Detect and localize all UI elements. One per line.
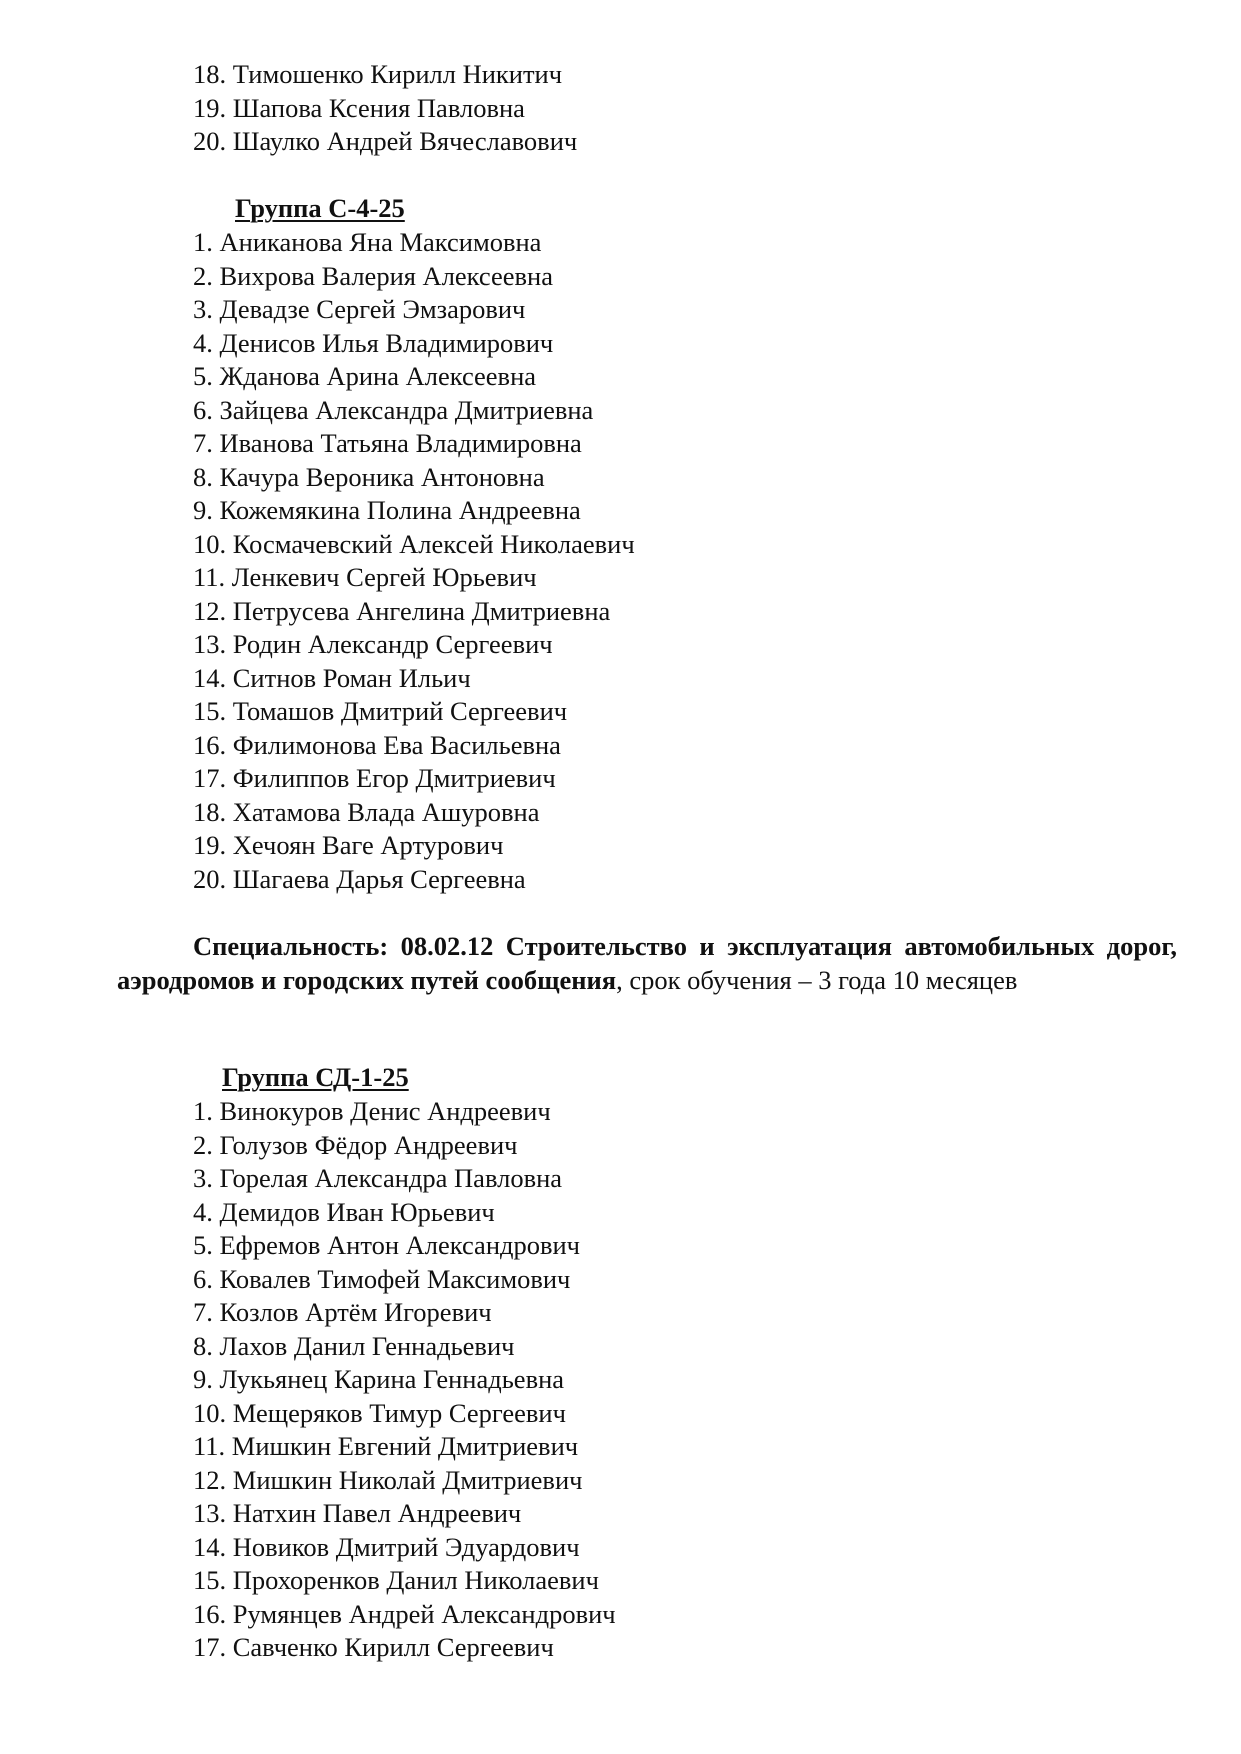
student-list-item: 20. Шаулко Андрей Вячеславович [193,125,577,159]
group-heading-c4: Группа С-4-25 [235,192,405,226]
student-list-item: 8. Лахов Данил Геннадьевич [193,1330,616,1364]
specialty-duration: , срок обучения – 3 года 10 месяцев [616,965,1017,995]
group-heading-sd1: Группа СД-1-25 [222,1061,409,1095]
student-list-item: 5. Жданова Арина Алексеевна [193,360,635,394]
student-list-item: 9. Кожемякина Полина Андреевна [193,494,635,528]
student-list-item: 6. Ковалев Тимофей Максимович [193,1263,616,1297]
group-sd1-student-list: 1. Винокуров Денис Андреевич2. Голузов Ф… [193,1095,616,1665]
student-list-item: 17. Савченко Кирилл Сергеевич [193,1631,616,1665]
student-list-item: 19. Шапова Ксения Павловна [193,92,577,126]
continued-student-list: 18. Тимошенко Кирилл Никитич19. Шапова К… [193,58,577,159]
student-list-item: 1. Винокуров Денис Андреевич [193,1095,616,1129]
student-list-item: 7. Иванова Татьяна Владимировна [193,427,635,461]
student-list-item: 9. Лукьянец Карина Геннадьевна [193,1363,616,1397]
student-list-item: 16. Румянцев Андрей Александрович [193,1598,616,1632]
student-list-item: 12. Мишкин Николай Дмитриевич [193,1464,616,1498]
document-page: 18. Тимошенко Кирилл Никитич19. Шапова К… [0,0,1241,1754]
student-list-item: 16. Филимонова Ева Васильевна [193,729,635,763]
student-list-item: 15. Томашов Дмитрий Сергеевич [193,695,635,729]
student-list-item: 3. Горелая Александра Павловна [193,1162,616,1196]
student-list-item: 2. Голузов Фёдор Андреевич [193,1129,616,1163]
student-list-item: 18. Хатамова Влада Ашуровна [193,796,635,830]
student-list-item: 5. Ефремов Антон Александрович [193,1229,616,1263]
student-list-item: 14. Ситнов Роман Ильич [193,662,635,696]
student-list-item: 8. Качура Вероника Антоновна [193,461,635,495]
student-list-item: 3. Девадзе Сергей Эмзарович [193,293,635,327]
student-list-item: 4. Демидов Иван Юрьевич [193,1196,616,1230]
student-list-item: 4. Денисов Илья Владимирович [193,327,635,361]
student-list-item: 14. Новиков Дмитрий Эдуардович [193,1531,616,1565]
student-list-item: 15. Прохоренков Данил Николаевич [193,1564,616,1598]
student-list-item: 20. Шагаева Дарья Сергеевна [193,863,635,897]
specialty-paragraph: Специальность: 08.02.12 Строительство и … [117,930,1177,997]
student-list-item: 7. Козлов Артём Игоревич [193,1296,616,1330]
student-list-item: 12. Петрусева Ангелина Дмитриевна [193,595,635,629]
student-list-item: 17. Филиппов Егор Дмитриевич [193,762,635,796]
student-list-item: 10. Мещеряков Тимур Сергеевич [193,1397,616,1431]
student-list-item: 18. Тимошенко Кирилл Никитич [193,58,577,92]
student-list-item: 10. Космачевский Алексей Николаевич [193,528,635,562]
student-list-item: 13. Родин Александр Сергеевич [193,628,635,662]
student-list-item: 6. Зайцева Александра Дмитриевна [193,394,635,428]
student-list-item: 11. Мишкин Евгений Дмитриевич [193,1430,616,1464]
student-list-item: 2. Вихрова Валерия Алексеевна [193,260,635,294]
student-list-item: 11. Ленкевич Сергей Юрьевич [193,561,635,595]
student-list-item: 19. Хечоян Ваге Артурович [193,829,635,863]
student-list-item: 1. Аниканова Яна Максимовна [193,226,635,260]
group-c4-student-list: 1. Аниканова Яна Максимовна2. Вихрова Ва… [193,226,635,896]
student-list-item: 13. Натхин Павел Андреевич [193,1497,616,1531]
